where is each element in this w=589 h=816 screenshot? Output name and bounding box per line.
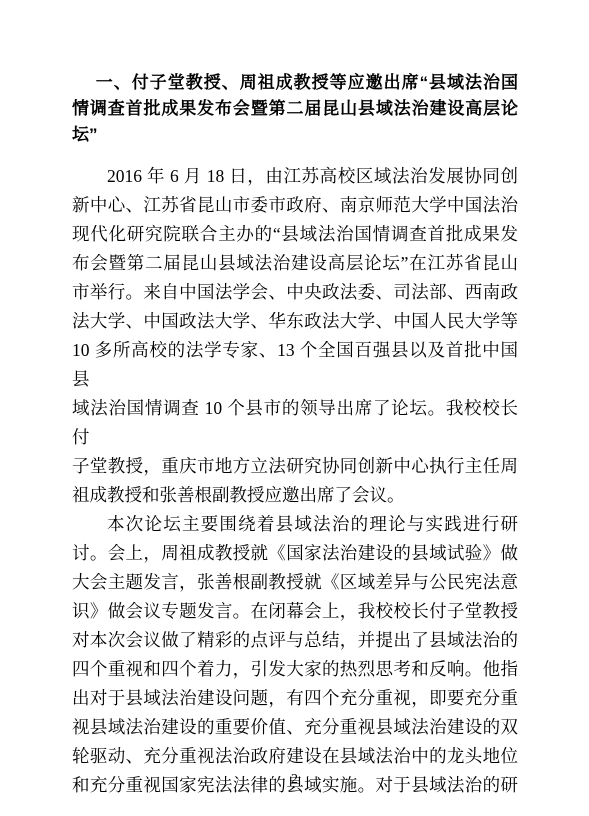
section-heading: 一、付子堂教授、周祖成教授等应邀出席“县域法治国情调查首批成果发布会暨第二届昆山… — [72, 70, 518, 148]
text-line: 2016 年 6 月 18 日，由江苏高校区域法治发展协同创 — [72, 162, 518, 191]
text-line: 祖成教授和张善根副教授应邀出席了会议。 — [72, 481, 518, 510]
page-content: 一、付子堂教授、周祖成教授等应邀出席“县域法治国情调查首批成果发布会暨第二届昆山… — [72, 70, 518, 800]
document-page: 一、付子堂教授、周祖成教授等应邀出席“县域法治国情调查首批成果发布会暨第二届昆山… — [0, 0, 589, 816]
text-line: 新中心、江苏省昆山市委市政府、南京师范大学中国法治 — [72, 191, 518, 220]
body-text: 2016 年 6 月 18 日，由江苏高校区域法治发展协同创新中心、江苏省昆山市… — [72, 162, 518, 800]
page-number: 2 — [0, 771, 589, 789]
paragraph-2: 本次论坛主要围绕着县域法治的理论与实践进行研讨。会上，周祖成教授就《国家法治建设… — [72, 510, 518, 800]
text-line: 坛” — [72, 122, 518, 148]
text-line: 法大学、中国政法大学、华东政法大学、中国人民大学等 — [72, 307, 518, 336]
text-line: 本次论坛主要围绕着县域法治的理论与实践进行研 — [72, 510, 518, 539]
text-line: 情调查首批成果发布会暨第二届昆山县域法治建设高层论 — [72, 96, 518, 122]
text-line: 一、付子堂教授、周祖成教授等应邀出席“县域法治国 — [72, 70, 518, 96]
text-line: 出对于县域法治建设问题，有四个充分重视，即要充分重 — [72, 684, 518, 713]
text-line: 轮驱动、充分重视法治政府建设在县域法治中的龙头地位 — [72, 742, 518, 771]
text-line: 讨。会上，周祖成教授就《国家法治建设的县域试验》做 — [72, 539, 518, 568]
text-line: 识》做会议专题发言。在闭幕会上，我校校长付子堂教授 — [72, 597, 518, 626]
text-line: 现代化研究院联合主办的“县域法治国情调查首批成果发 — [72, 220, 518, 249]
paragraph-1: 2016 年 6 月 18 日，由江苏高校区域法治发展协同创新中心、江苏省昆山市… — [72, 162, 518, 510]
text-line: 布会暨第二届昆山县域法治建设高层论坛”在江苏省昆山 — [72, 249, 518, 278]
text-line: 大会主题发言，张善根副教授就《区域差异与公民宪法意 — [72, 568, 518, 597]
text-line: 视县域法治建设的重要价值、充分重视县域法治建设的双 — [72, 713, 518, 742]
text-line: 10 多所高校的法学专家、13 个全国百强县以及首批中国县 — [72, 336, 518, 394]
text-line: 对本次会议做了精彩的点评与总结，并提出了县域法治的 — [72, 626, 518, 655]
text-line: 子堂教授，重庆市地方立法研究协同创新中心执行主任周 — [72, 452, 518, 481]
text-line: 市举行。来自中国法学会、中央政法委、司法部、西南政 — [72, 278, 518, 307]
text-line: 域法治国情调查 10 个县市的领导出席了论坛。我校校长付 — [72, 394, 518, 452]
text-line: 四个重视和四个着力，引发大家的热烈思考和反响。他指 — [72, 655, 518, 684]
